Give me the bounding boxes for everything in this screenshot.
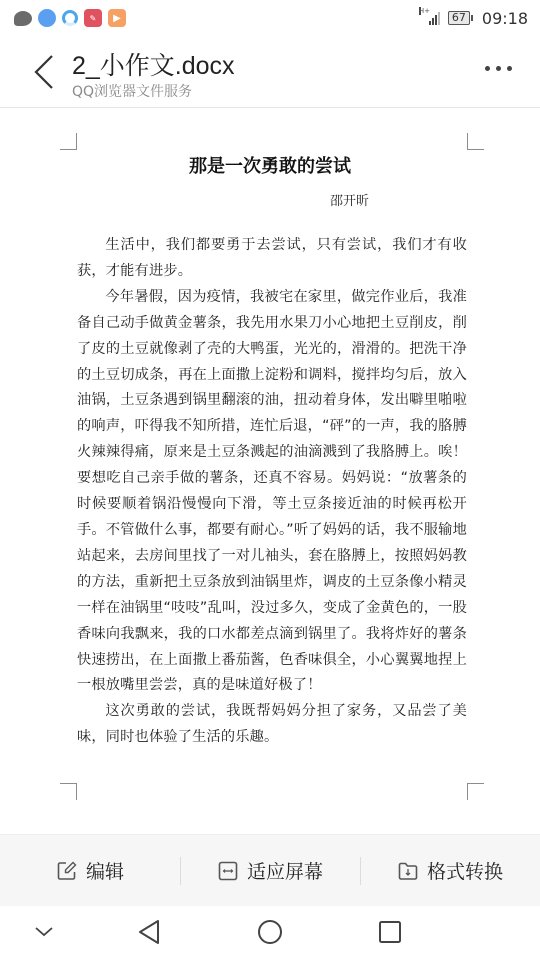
folder-download-icon bbox=[397, 860, 419, 882]
battery-icon: 67 bbox=[448, 11, 470, 25]
chevron-left-icon bbox=[30, 52, 60, 92]
fit-screen-label: 适应屏幕 bbox=[247, 857, 323, 884]
bottom-toolbar: 编辑 适应屏幕 格式转换 bbox=[0, 834, 540, 906]
home-nav-button[interactable] bbox=[256, 918, 284, 950]
notification-icons: ✎ ▶ bbox=[14, 9, 126, 27]
page-corner-mark bbox=[467, 783, 484, 800]
video-app-icon: ▶ bbox=[108, 9, 126, 27]
page-corner-mark bbox=[60, 133, 77, 150]
system-navigation-bar bbox=[0, 906, 540, 960]
document-title: 那是一次勇敢的尝试 bbox=[0, 152, 540, 178]
page-corner-mark bbox=[467, 133, 484, 150]
recents-square-icon bbox=[376, 918, 404, 946]
qq-browser-icon bbox=[62, 10, 78, 26]
more-button[interactable] bbox=[485, 66, 512, 71]
red-app-icon: ✎ bbox=[84, 9, 102, 27]
document-body: 生活中，我们都要勇于去尝试，只有尝试，我们才有收获，才能有进步。 今年暑假，因为… bbox=[77, 233, 467, 751]
back-nav-button[interactable] bbox=[136, 918, 164, 950]
paragraph: 生活中，我们都要勇于去尝试，只有尝试，我们才有收获，才能有进步。 bbox=[77, 233, 467, 285]
status-bar: ✎ ▶ H+ 67 09:18 bbox=[0, 0, 540, 36]
home-circle-icon bbox=[256, 918, 284, 946]
recents-nav-button[interactable] bbox=[376, 918, 404, 950]
battery-level: 67 bbox=[452, 11, 466, 24]
file-source: QQ浏览器文件服务 bbox=[72, 81, 192, 101]
format-convert-button[interactable]: 格式转换 bbox=[360, 835, 540, 906]
hide-nav-button[interactable] bbox=[32, 922, 56, 946]
network-type: H+ bbox=[419, 7, 421, 15]
app-header: 2_小作文.docx QQ浏览器文件服务 bbox=[0, 36, 540, 108]
message-icon bbox=[14, 11, 32, 26]
fit-width-icon bbox=[217, 860, 239, 882]
document-author: 邵开昕 bbox=[330, 190, 369, 209]
paragraph: 这次勇敢的尝试，我既帮妈妈分担了家务，又品尝了美味，同时也体验了生活的乐趣。 bbox=[77, 699, 467, 751]
fit-screen-button[interactable]: 适应屏幕 bbox=[180, 835, 360, 906]
format-convert-label: 格式转换 bbox=[427, 857, 503, 884]
page-corner-mark bbox=[60, 783, 77, 800]
back-button[interactable] bbox=[30, 52, 60, 92]
chevron-down-icon bbox=[32, 922, 56, 942]
file-title: 2_小作文.docx bbox=[72, 46, 235, 82]
edit-label: 编辑 bbox=[86, 857, 124, 884]
back-triangle-icon bbox=[136, 918, 164, 946]
edit-icon bbox=[56, 860, 78, 882]
edit-button[interactable]: 编辑 bbox=[0, 835, 180, 906]
paragraph: 今年暑假，因为疫情，我被宅在家里，做完作业后，我准备自己动手做黄金薯条，我先用水… bbox=[77, 285, 467, 700]
clock: 09:18 bbox=[482, 9, 528, 28]
signal-icon: H+ bbox=[429, 11, 440, 25]
more-horizontal-icon bbox=[485, 66, 490, 71]
browser-icon bbox=[38, 9, 56, 27]
